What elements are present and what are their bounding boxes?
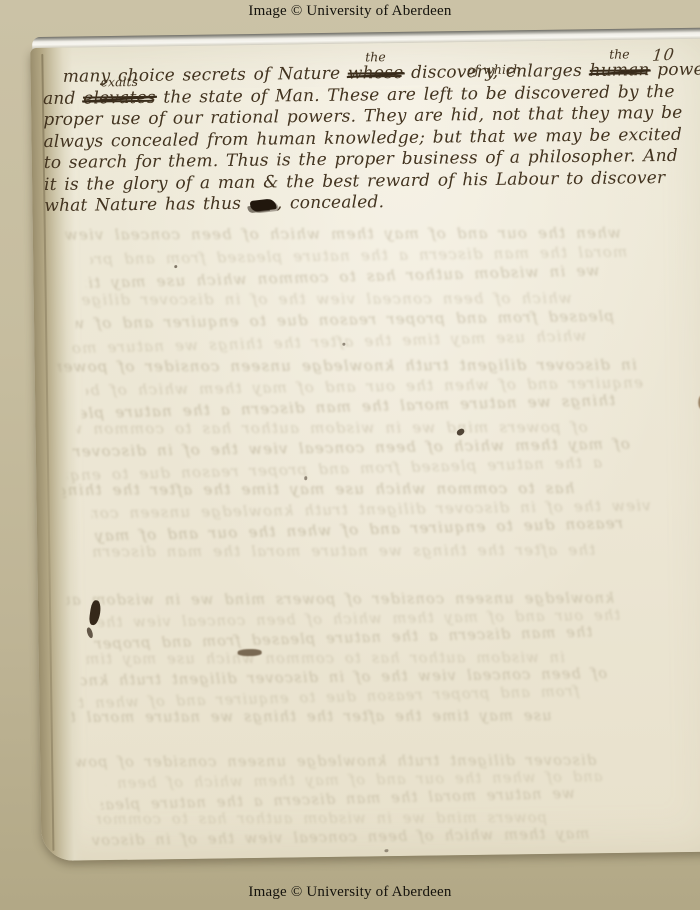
struck-text: human xyxy=(589,60,649,81)
ink-blot xyxy=(249,198,276,212)
struck-word: elevatesexalts xyxy=(83,87,156,109)
bleed-line: of powers mind we in wisdom author has t… xyxy=(77,418,588,438)
notebook: when the our and of may them which of be… xyxy=(30,28,700,861)
ink-speck xyxy=(342,343,345,346)
bleed-line: view the of in discover diligent truth k… xyxy=(92,496,651,522)
ink-speck xyxy=(86,627,95,639)
bleed-line: the after the things we nature moral the… xyxy=(82,540,595,560)
interlinear-insertion: the xyxy=(365,51,386,63)
bleed-line: the our and of may them which of been co… xyxy=(95,607,620,630)
bleed-line: may them which of been conceal view the … xyxy=(91,826,589,849)
bleed-line: reason due to enquirer and of when the o… xyxy=(87,514,623,545)
bleed-line: from and proper reason due to enquirer a… xyxy=(76,683,579,711)
bleed-line: in discover diligent truth knowledge uns… xyxy=(57,356,637,376)
text-run: , concealed. xyxy=(277,192,385,213)
ink-speck xyxy=(456,428,466,437)
bleed-line: use may time the after the things we nat… xyxy=(72,708,552,726)
bleed-line: powers mind we in wisdom author has to c… xyxy=(96,810,547,828)
bleed-line: when the our and of may them which of be… xyxy=(61,224,621,244)
bleed-line: which use may time the after the things … xyxy=(71,326,586,357)
struck-word: humanthe xyxy=(589,60,649,82)
manuscript-page: when the our and of may them which of be… xyxy=(30,39,700,861)
text-run: power xyxy=(650,59,700,80)
interlinear-insertion: exalts xyxy=(101,75,138,87)
bleed-line: in wisdom author has to common which use… xyxy=(86,650,565,668)
bleed-line: knowledge unseen consider of powers mind… xyxy=(66,591,614,609)
bleed-line: we in wisdom author has to common which … xyxy=(85,261,599,292)
bleed-line: we nature moral the man discern a the na… xyxy=(101,786,575,814)
text-run: what Nature has thus xyxy=(44,194,249,216)
ink-speck xyxy=(88,600,101,626)
manuscript-text: many choice secrets of Nature whosethe d… xyxy=(43,60,700,218)
copyright-caption-top: Image © University of Aberdeen xyxy=(0,3,700,20)
struck-text: elevates xyxy=(83,87,156,108)
ink-speck xyxy=(174,265,177,268)
text-run: and xyxy=(43,88,83,108)
struck-word: whosethe xyxy=(348,63,404,85)
ink-smudge xyxy=(238,649,262,656)
bleed-line: pleased from and proper reason due to en… xyxy=(76,307,614,333)
ink-speck xyxy=(384,849,388,852)
struck-text: whose xyxy=(348,63,404,84)
copyright-caption-bottom: Image © University of Aberdeen xyxy=(0,884,700,901)
bleed-line: of may them which of been conceal view t… xyxy=(72,435,630,461)
bleed-line: enquirer and of when the our and of may … xyxy=(86,373,643,399)
bleed-line: moral the man discern a the nature pleas… xyxy=(90,242,627,267)
bleed-line: of been conceal view the of in discover … xyxy=(81,666,607,689)
ink-speck xyxy=(304,476,307,480)
bleed-line: has to common which use may time the aft… xyxy=(62,479,574,499)
bleed-line: things we nature moral the man discern a… xyxy=(81,391,615,422)
interlinear-insertion: the xyxy=(609,48,630,60)
bleed-line: the man discern a the nature pleased fro… xyxy=(90,625,592,653)
interlinear-insertion: of which xyxy=(467,64,521,77)
bleed-line: a the nature pleased from and proper rea… xyxy=(67,453,602,484)
bleed-line: and of when the our and of may them whic… xyxy=(105,769,602,792)
bleed-line: discover diligent truth knowledge unseen… xyxy=(76,753,596,771)
bleed-line: which of been conceal view the of in dis… xyxy=(81,289,572,309)
manuscript-scan: Image © University of Aberdeen when the … xyxy=(0,0,700,910)
